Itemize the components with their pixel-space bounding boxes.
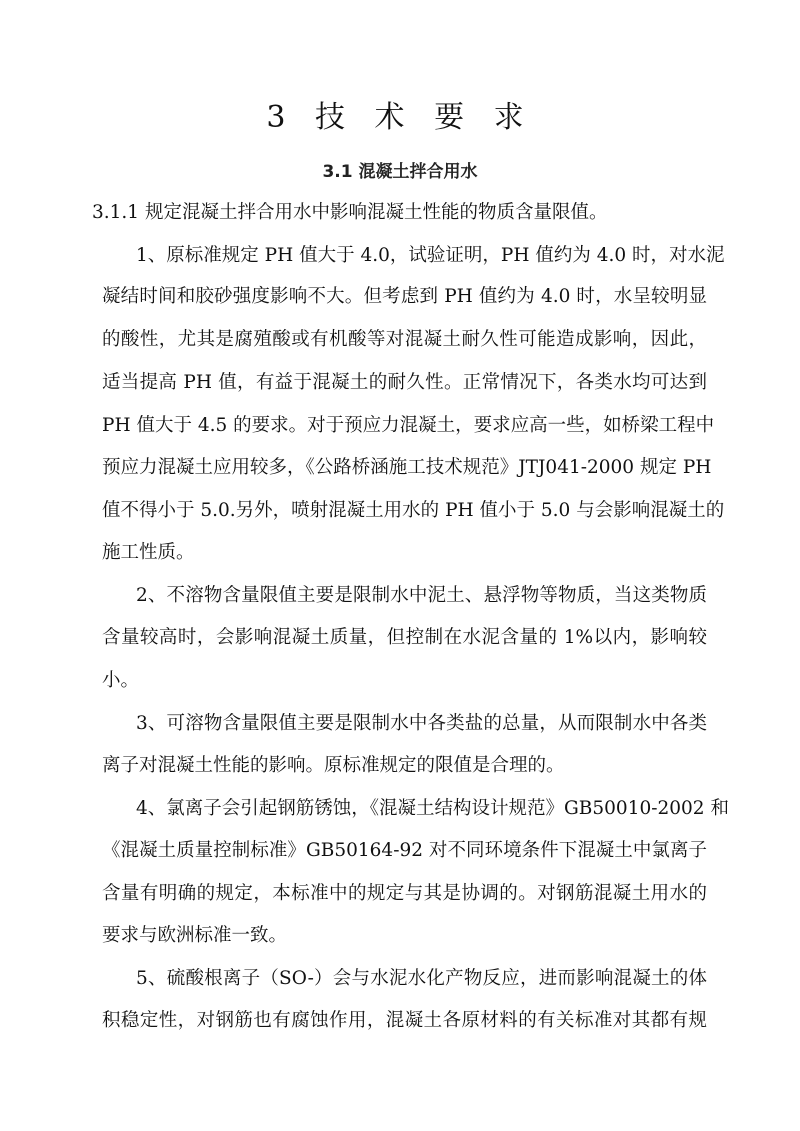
paragraph-line: 的酸性，尤其是腐殖酸或有机酸等对混凝土耐久性可能造成影响，因此，	[102, 327, 707, 353]
paragraph-line: 凝结时间和胶砂强度影响不大。但考虑到 PH 值约为 4.0 时，水呈较明显	[102, 284, 707, 310]
clause-heading: 3.1.1 规定混凝土拌合用水中影响混凝土性能的物质含量限值。	[92, 200, 697, 226]
section-heading: 3.1 混凝土拌合用水	[0, 159, 800, 185]
paragraph-line: 要求与欧洲标准一致。	[102, 923, 707, 949]
paragraph-line: 5、硫酸根离子（SO-）会与水泥水化产物反应，进而影响混凝土的体	[136, 966, 707, 992]
paragraph-line: 《混凝土质量控制标准》GB50164-92 对不同环境条件下混凝土中氯离子	[102, 838, 707, 864]
paragraph-line: 适当提高 PH 值，有益于混凝土的耐久性。正常情况下，各类水均可达到	[102, 370, 707, 396]
chapter-title: 3 技 术 要 求	[0, 96, 800, 140]
paragraph-line: 预应力混凝土应用较多，《公路桥涵施工技术规范》JTJ041-2000 规定 PH	[102, 455, 707, 481]
paragraph-line: 施工性质。	[102, 540, 707, 566]
paragraph-line: 小。	[102, 668, 707, 694]
paragraph-line: 含量有明确的规定，本标准中的规定与其是协调的。对钢筋混凝土用水的	[102, 881, 707, 907]
paragraph-line: PH 值大于 4.5 的要求。对于预应力混凝土，要求应高一些，如桥梁工程中	[102, 413, 707, 439]
paragraph-line: 2、不溶物含量限值主要是限制水中泥土、悬浮物等物质，当这类物质	[136, 583, 707, 609]
document-page: 3 技 术 要 求 3.1 混凝土拌合用水 3.1.1 规定混凝土拌合用水中影响…	[0, 0, 800, 1131]
paragraph-line: 4、氯离子会引起钢筋锈蚀，《混凝土结构设计规范》GB50010-2002 和	[136, 796, 707, 822]
paragraph-line: 值不得小于 5.0.另外，喷射混凝土用水的 PH 值小于 5.0 与会影响混凝土…	[102, 498, 707, 524]
paragraph-line: 含量较高时，会影响混凝土质量，但控制在水泥含量的 1%以内，影响较	[102, 625, 707, 651]
paragraph-line: 离子对混凝土性能的影响。原标准规定的限值是合理的。	[102, 753, 707, 779]
paragraph-line: 1、原标准规定 PH 值大于 4.0，试验证明，PH 值约为 4.0 时，对水泥	[136, 243, 707, 269]
paragraph-line: 积稳定性，对钢筋也有腐蚀作用，混凝土各原材料的有关标准对其都有规	[102, 1008, 707, 1034]
paragraph-line: 3、可溶物含量限值主要是限制水中各类盐的总量，从而限制水中各类	[136, 711, 707, 737]
